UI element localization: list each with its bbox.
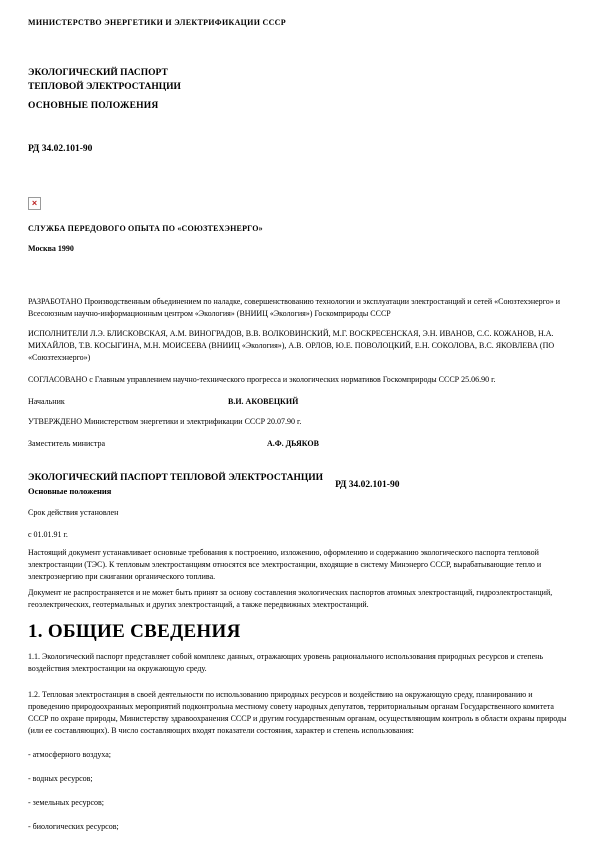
resource-list-item-biological: - биологических ресурсов; [28,821,567,833]
developed-paragraph: РАЗРАБОТАНО Производственным объединение… [28,296,567,320]
document-heading-block: ЭКОЛОГИЧЕСКИЙ ПАСПОРТ ТЕПЛОВОЙ ЭЛЕКТРОСТ… [28,472,567,497]
ministry-header: МИНИСТЕРСТВО ЭНЕРГЕТИКИ И ЭЛЕКТРИФИКАЦИИ… [28,17,567,29]
document-heading-titles: ЭКОЛОГИЧЕСКИЙ ПАСПОРТ ТЕПЛОВОЙ ЭЛЕКТРОСТ… [28,472,323,497]
broken-image-icon: × [28,197,41,210]
broken-image-x-icon: × [32,199,37,208]
signature-role-approved: Заместитель министра [28,438,267,450]
document-heading-code: РД 34.02.101-90 [335,480,399,490]
signature-name-approved: А.Ф. ДЬЯКОВ [267,439,319,448]
city-year: Москва 1990 [28,243,567,255]
validity-label: Срок действия установлен [28,507,567,519]
resource-list-item-land: - земельных ресурсов; [28,797,567,809]
approved-paragraph: УТВЕРЖДЕНО Министерством энергетики и эл… [28,416,567,428]
service-line: СЛУЖБА ПЕРЕДОВОГО ОПЫТА ПО «СОЮЗТЕХЭНЕРГ… [28,223,567,235]
paragraph-1-1: 1.1. Экологический паспорт представляет … [28,651,567,675]
signature-row-agreed: НачальникВ.И. АКОВЕЦКИЙ [28,396,567,408]
agreed-paragraph: СОГЛАСОВАНО с Главным управлением научно… [28,374,567,386]
document-page: МИНИСТЕРСТВО ЭНЕРГЕТИКИ И ЭЛЕКТРИФИКАЦИИ… [0,0,595,833]
section-1-heading: 1. ОБЩИЕ СВЕДЕНИЯ [28,621,567,643]
document-title-line2: ТЕПЛОВОЙ ЭЛЕКТРОСТАНЦИИ [28,80,567,94]
resource-list-item-air: - атмосферного воздуха; [28,749,567,761]
intro-paragraph-1: Настоящий документ устанавливает основны… [28,547,567,583]
document-heading-title: ЭКОЛОГИЧЕСКИЙ ПАСПОРТ ТЕПЛОВОЙ ЭЛЕКТРОСТ… [28,472,323,485]
intro-paragraph-2: Документ не распространяется и не может … [28,587,567,611]
document-title-line1: ЭКОЛОГИЧЕСКИЙ ПАСПОРТ [28,66,567,80]
paragraph-1-2: 1.2. Тепловая электростанция в своей дея… [28,689,567,737]
document-subtitle: ОСНОВНЫЕ ПОЛОЖЕНИЯ [28,99,567,113]
document-title: ЭКОЛОГИЧЕСКИЙ ПАСПОРТ ТЕПЛОВОЙ ЭЛЕКТРОСТ… [28,66,567,94]
signature-row-approved: Заместитель министраА.Ф. ДЬЯКОВ [28,438,567,450]
signature-role-agreed: Начальник [28,396,228,408]
signature-name-agreed: В.И. АКОВЕЦКИЙ [228,397,298,406]
document-code: РД 34.02.101-90 [28,142,567,156]
validity-date: с 01.01.91 г. [28,529,567,541]
resource-list-item-water: - водных ресурсов; [28,773,567,785]
executors-paragraph: ИСПОЛНИТЕЛИ Л.Э. БЛИСКОВСКАЯ, А.М. ВИНОГ… [28,328,567,364]
document-heading-subtitle: Основные положения [28,485,323,497]
